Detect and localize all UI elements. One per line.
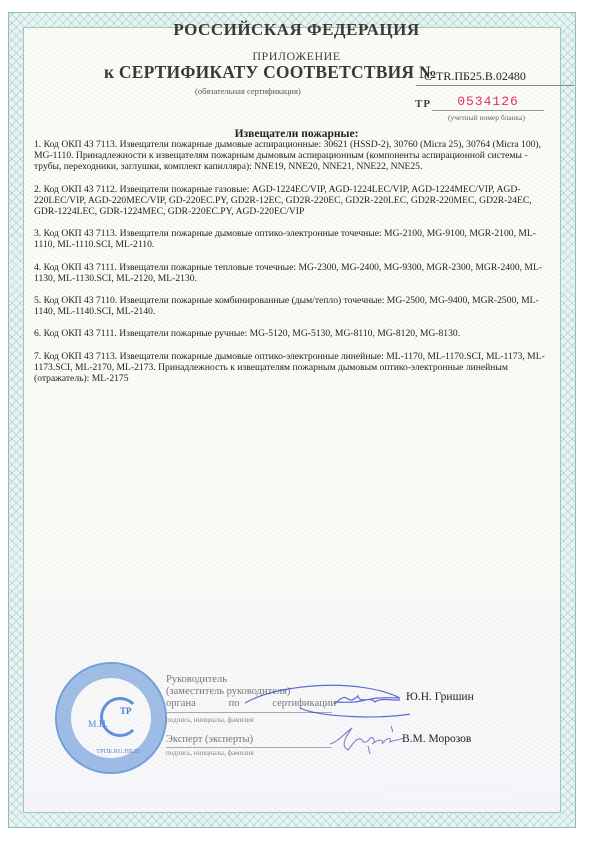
expert-name: В.М. Морозов <box>402 733 471 745</box>
expert-signature-caption: подпись, инициалы, фамилия <box>166 749 332 757</box>
head-role-line1: Руководитель <box>166 674 336 686</box>
list-item: 5. Код ОКП 43 7110. Извещатели пожарные … <box>34 295 556 317</box>
list-item: 6. Код ОКП 43 7111. Извещатели пожарные … <box>34 328 556 339</box>
list-item: 2. Код ОКП 43 7112. Извещатели пожарные … <box>34 184 556 218</box>
detector-list: 1. Код ОКП 43 7113. Извещатели пожарные … <box>34 139 556 395</box>
list-item: 4. Код ОКП 43 7111. Извещатели пожарные … <box>34 262 556 284</box>
list-item: 1. Код ОКП 43 7113. Извещатели пожарные … <box>34 139 556 173</box>
mandatory-note: (обязательная сертификация) <box>195 86 301 96</box>
head-role-line2: (заместитель руководителя) <box>166 686 336 698</box>
certificate-number: С-TR.ПБ25.В.02480 <box>416 69 574 86</box>
stamp-code: ТРПБ.RU.ПБ25 <box>96 748 139 755</box>
expert-role: Эксперт (эксперты) <box>166 734 332 745</box>
certificate-title: к СЕРТИФИКАТУ СООТВЕТСТВИЯ № <box>104 62 437 83</box>
signature-rule <box>166 747 332 748</box>
signature-rule <box>166 712 332 713</box>
head-signature-caption: подпись, инициалы, фамилия <box>166 714 336 726</box>
form-number-caption: (учетный номер бланка) <box>448 113 525 122</box>
stamp-logo-text: ТР <box>120 706 132 716</box>
tp-label: ТР <box>415 98 431 110</box>
country-title: РОССИЙСКАЯ ФЕДЕРАЦИЯ <box>0 20 593 40</box>
head-name: Ю.Н. Гришин <box>406 691 474 703</box>
form-number: 0534126 <box>432 94 544 111</box>
certification-logo-icon <box>100 697 140 737</box>
expert-signature-block: Эксперт (эксперты) подпись, инициалы, фа… <box>166 734 332 757</box>
list-item: 3. Код ОКП 43 7113. Извещатели пожарные … <box>34 228 556 250</box>
list-item: 7. Код ОКП 43 7113. Извещатели пожарные … <box>34 351 556 385</box>
head-role-line3: органа по сертификации <box>166 698 336 710</box>
seal-label: М.П. <box>88 720 108 730</box>
head-signature-block: Руководитель (заместитель руководителя) … <box>166 674 336 726</box>
